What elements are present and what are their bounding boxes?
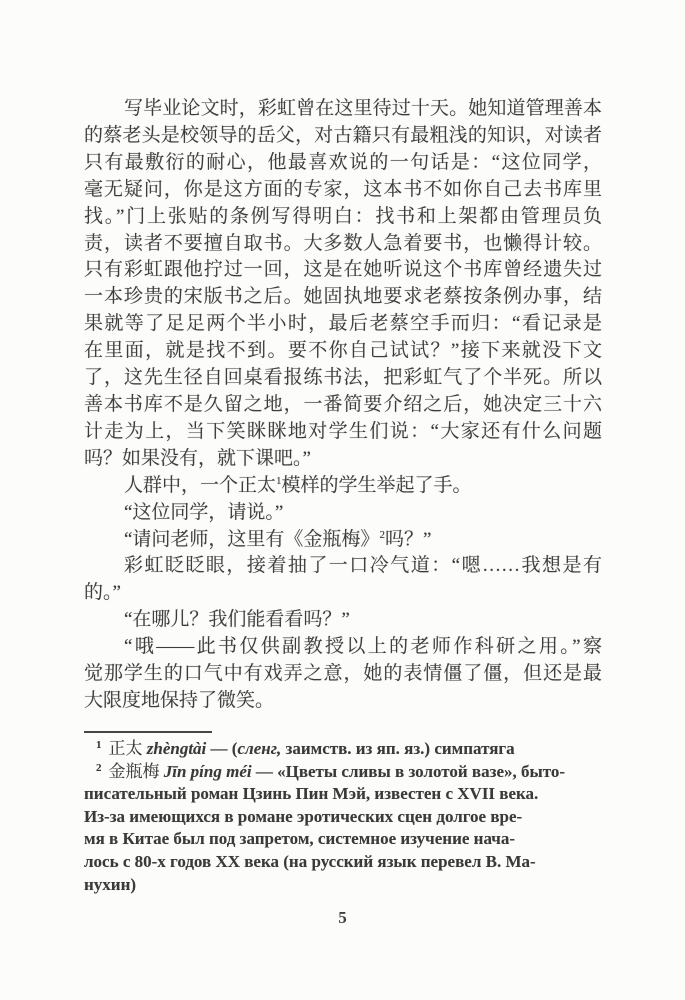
footnote-line: лось с 80-х годов XX века (на русский яз… bbox=[84, 851, 605, 874]
body-text-line: “这位同学，请说。” bbox=[84, 500, 602, 527]
page-number: 5 bbox=[0, 908, 685, 928]
body-text-line: 毫无疑问，你是这方面的专家，这本书不如你自己去书库里 bbox=[84, 177, 602, 204]
body-text-line: 计走为上，当下笑眯眯地对学生们说：“大家还有什么问题 bbox=[84, 419, 602, 446]
footnote-text: Из-за имеющихся в романе эротических сце… bbox=[84, 807, 522, 826]
footnotes: 1正太 zhèngtài — (сленг, заимств. из яп. я… bbox=[84, 738, 605, 896]
body-text-line: 的。” bbox=[84, 580, 602, 607]
body-text-line: 彩虹眨眨眼，接着抽了一口冷气道：“嗯……我想是有 bbox=[84, 553, 602, 580]
footnote-line: Из-за имеющихся в романе эротических сце… bbox=[84, 806, 605, 829]
footnote-text: мя в Китае был под запретом, системное и… bbox=[84, 829, 515, 848]
body-text-line: 的蔡老头是校领导的岳父，对古籍只有最粗浅的知识，对读者 bbox=[84, 123, 602, 150]
book-page: 写毕业论文时，彩虹曾在这里待过十天。她知道管理善本的蔡老头是校领导的岳父，对古籍… bbox=[0, 0, 685, 1000]
body-text-line: 了，这先生径自回桌看报练书法，把彩虹气了个半死。所以 bbox=[84, 365, 602, 392]
footnote-line: 2金瓶梅 Jīn píng méi — «Цветы сливы в золот… bbox=[84, 761, 605, 784]
footnote-item: 2金瓶梅 Jīn píng méi — «Цветы сливы в золот… bbox=[84, 761, 605, 897]
footnote-number: 2 bbox=[96, 762, 102, 774]
body-text-line: “请问老师，这里有《金瓶梅》2吗？” bbox=[84, 527, 602, 554]
body-text-line: 果就等了足足两个半小时，最后老蔡空手而归：“看记录是 bbox=[84, 311, 602, 338]
body-text-line: 写毕业论文时，彩虹曾在这里待过十天。她知道管理善本 bbox=[84, 96, 602, 123]
footnote-text: 正太 bbox=[109, 739, 147, 758]
body-text-line: 只有彩虹跟他拧过一回，这是在她听说这个书库曾经遗失过 bbox=[84, 257, 602, 284]
footnote-text: писательный роман Цзинь Пин Мэй, известе… bbox=[84, 784, 538, 803]
body-text-line: 人群中，一个正太1模样的学生举起了手。 bbox=[84, 473, 602, 500]
body-text-line: 觉那学生的口气中有戏弄之意，她的表情僵了僵，但还是最 bbox=[84, 661, 602, 688]
body-text-line: “哦——此书仅供副教授以上的老师作科研之用。”察 bbox=[84, 634, 602, 661]
body-text-line: 找。”门上张贴的条例写得明白：找书和上架都由管理员负 bbox=[84, 204, 602, 231]
body-text-line: 吗？如果没有，就下课吧。” bbox=[84, 446, 602, 473]
footnote-number: 1 bbox=[96, 739, 102, 751]
body-text-line: 在里面，就是找不到。要不你自己试试？”接下来就没下文 bbox=[84, 338, 602, 365]
footnote-line: писательный роман Цзинь Пин Мэй, известе… bbox=[84, 783, 605, 806]
footnote-transliteration: сленг, bbox=[237, 739, 281, 758]
body-text-line: 只有最敷衍的耐心，他最喜欢说的一句话是：“这位同学， bbox=[84, 150, 602, 177]
footnote-divider bbox=[84, 731, 212, 733]
footnote-line: нухин) bbox=[84, 874, 605, 897]
footnote-line: мя в Китае был под запретом, системное и… bbox=[84, 828, 605, 851]
footnote-item: 1正太 zhèngtài — (сленг, заимств. из яп. я… bbox=[84, 738, 605, 761]
body-text-line: 一本珍贵的宋版书之后。她固执地要求老蔡按条例办事，结 bbox=[84, 284, 602, 311]
body-text-line: 善本书库不是久留之地，一番简要介绍之后，她决定三十六 bbox=[84, 392, 602, 419]
footnote-text: — ( bbox=[206, 739, 237, 758]
body-text-line: 大限度地保持了微笑。 bbox=[84, 688, 602, 715]
footnote-transliteration: Jīn píng méi bbox=[164, 762, 252, 781]
body-text-line: 责，读者不要擅自取书。大多数人急着要书，也懒得计较。 bbox=[84, 231, 602, 258]
footnote-line: 1正太 zhèngtài — (сленг, заимств. из яп. я… bbox=[84, 738, 605, 761]
footnote-text: 金瓶梅 bbox=[109, 762, 164, 781]
footnote-text: — «Цветы сливы в золотой вазе», быто- bbox=[252, 762, 565, 781]
body-text-line: “在哪儿？我们能看看吗？” bbox=[84, 607, 602, 634]
footnote-transliteration: zhèngtài bbox=[147, 739, 207, 758]
footnote-text: лось с 80-х годов XX века (на русский яз… bbox=[84, 852, 536, 871]
body-text: 写毕业论文时，彩虹曾在这里待过十天。她知道管理善本的蔡老头是校领导的岳父，对古籍… bbox=[84, 96, 602, 715]
footnote-text: нухин) bbox=[84, 875, 136, 894]
footnote-text: заимств. из яп. яз.) симпатяга bbox=[281, 739, 514, 758]
